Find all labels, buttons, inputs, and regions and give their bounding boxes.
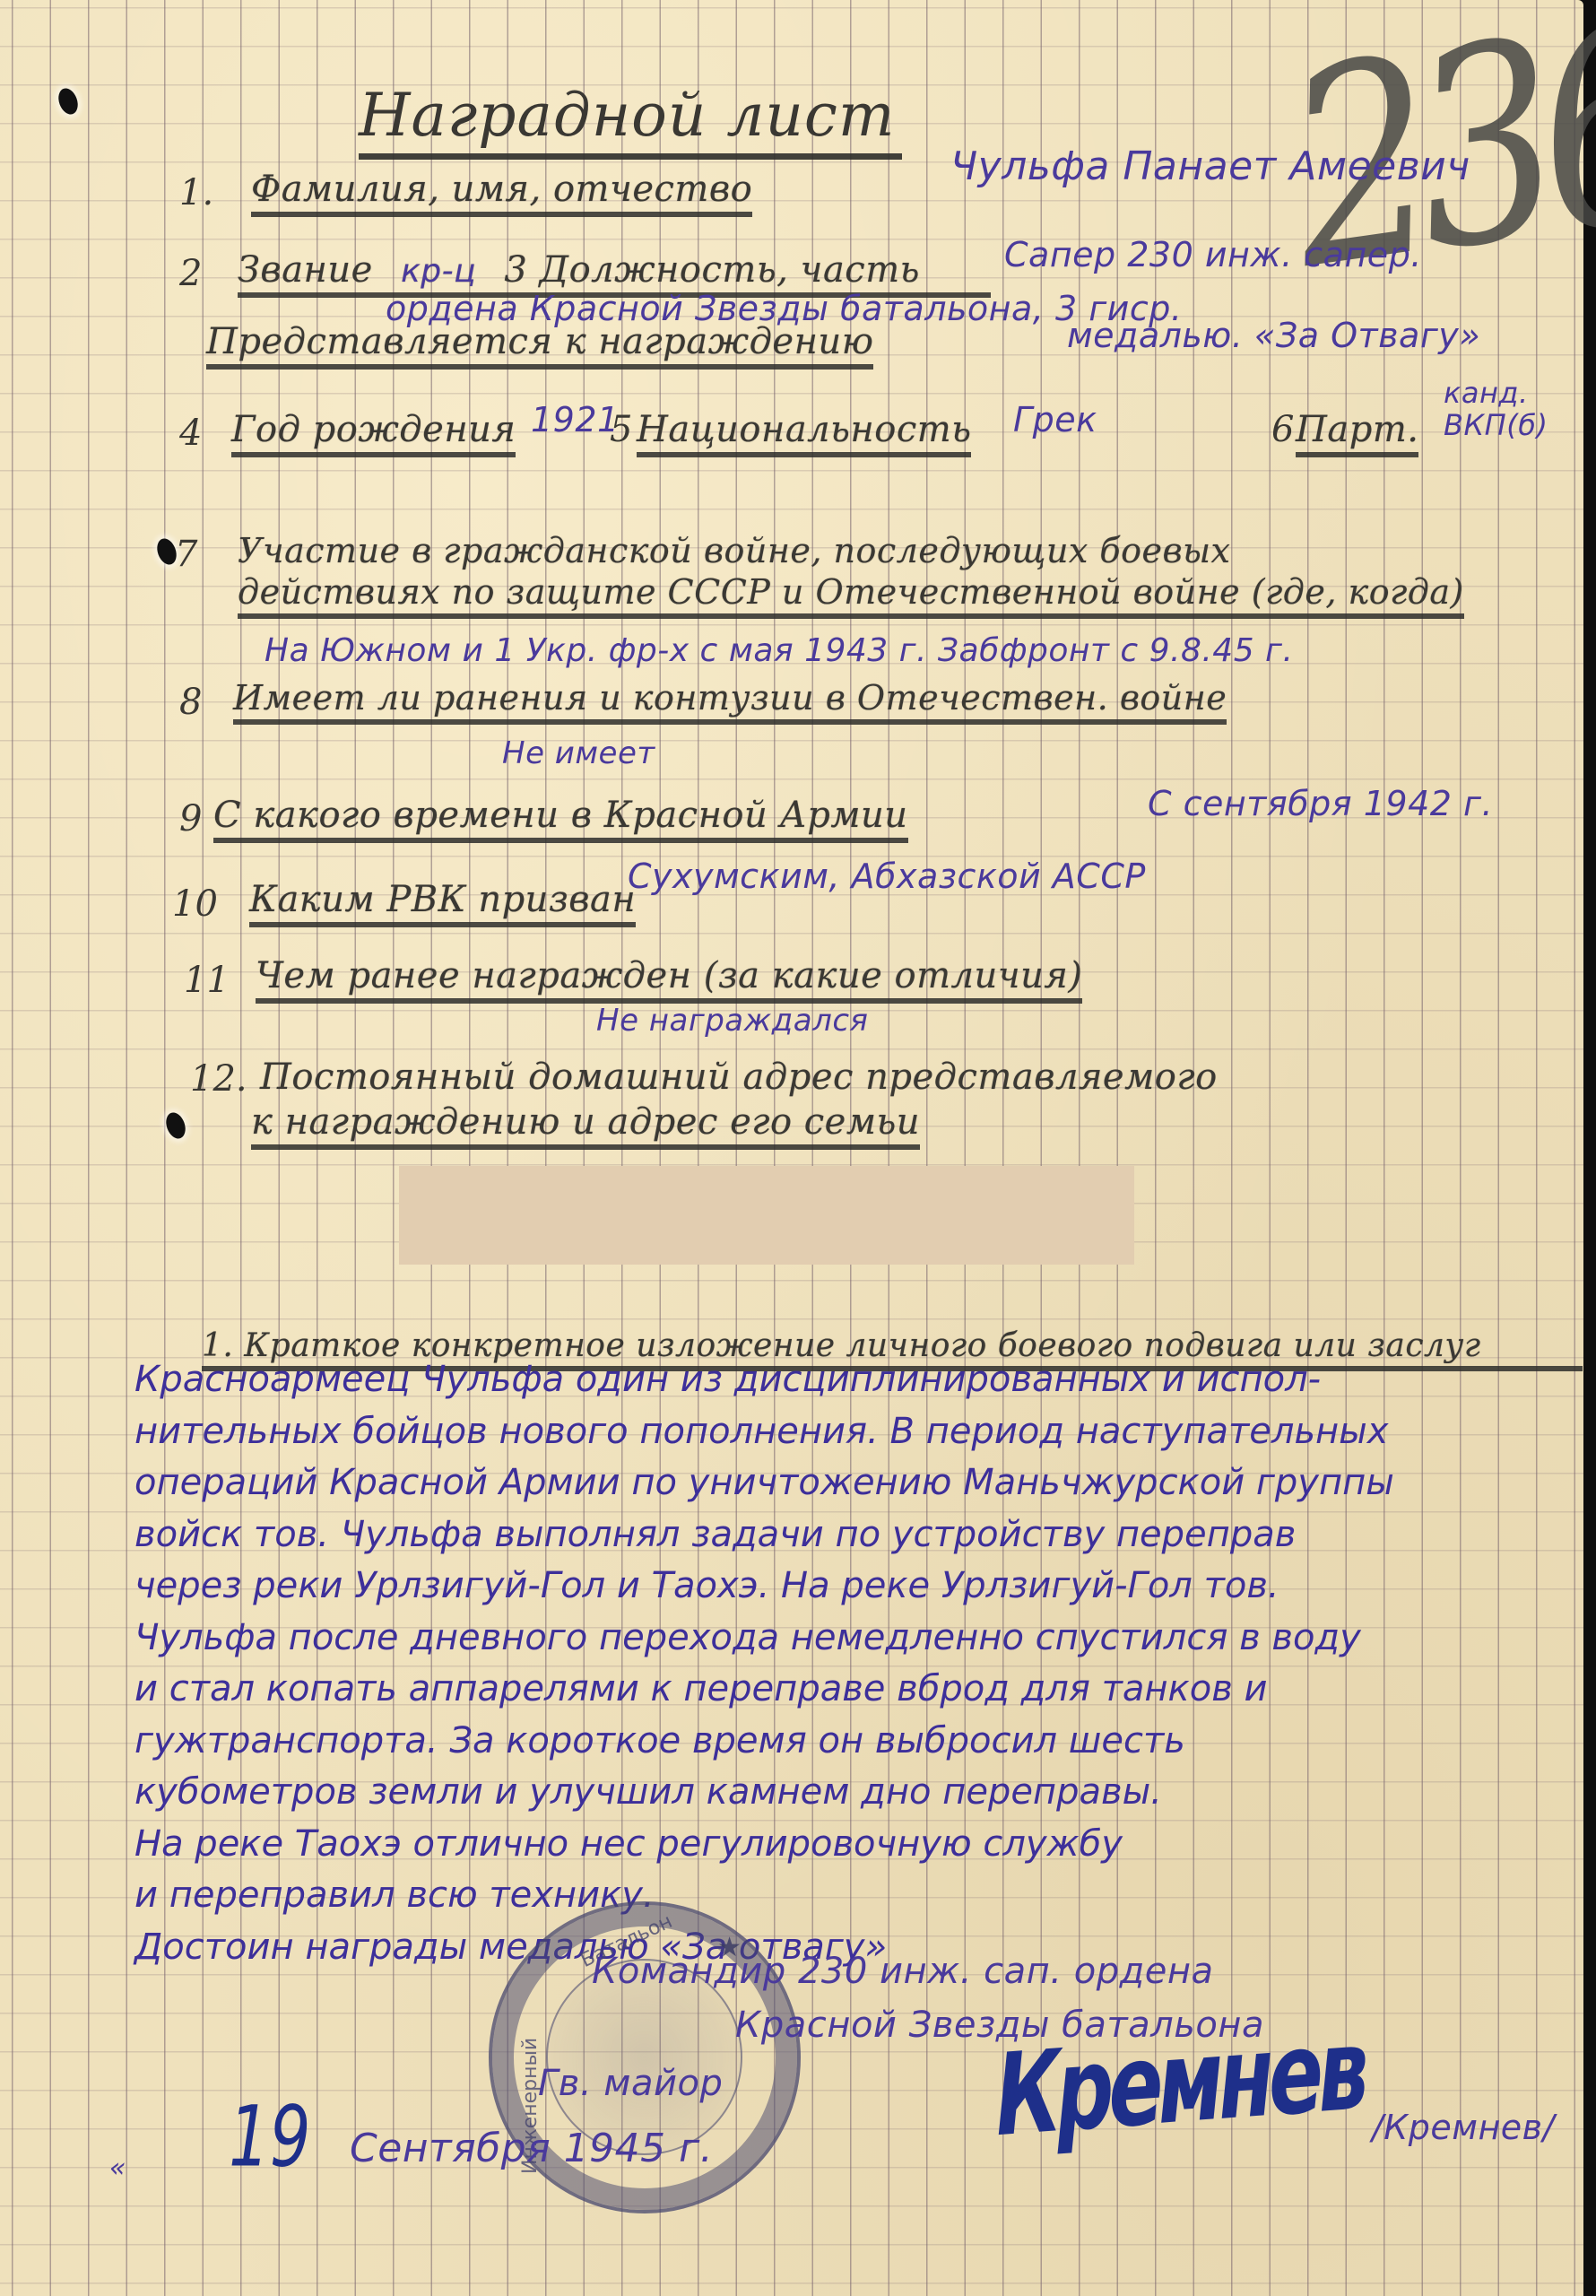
- field-label-service-since: С какого времени в Красной Армии: [213, 795, 908, 843]
- narrative: Красноармеец Чульфа один из дисциплиниро…: [134, 1354, 1569, 1973]
- field-value-party: канд. ВКП(б): [1444, 377, 1569, 441]
- award-sheet: Наградной лист 236 1. Фамилия, имя, отче…: [0, 0, 1583, 2296]
- narrative-line: войск тов. Чульфа выполнял задачи по уст…: [134, 1509, 1569, 1561]
- field-value-nationality: Грек: [1013, 400, 1097, 439]
- date-month-year: Сентября 1945 г.: [350, 2126, 713, 2171]
- field-number: 12.: [190, 1058, 247, 1100]
- field-number: 5: [610, 409, 632, 450]
- narrative-line: нительных бойцов нового пополнения. В пе…: [134, 1406, 1569, 1458]
- narrative-line: На реке Таохэ отлично нес регулировочную…: [134, 1819, 1569, 1871]
- field-value-combat: На Южном и 1 Укр. фр-х с мая 1943 г. Заб…: [265, 632, 1293, 669]
- signer-title-1: Командир 230 инж. сап. ордена: [592, 1951, 1214, 1992]
- signer-rank: Гв. майор: [538, 2063, 723, 2104]
- field-label-combat-a: Участие в гражданской войне, последующих…: [238, 531, 1230, 570]
- narrative-line: гужтранспорта. За короткое время он выбр…: [134, 1716, 1569, 1768]
- date-quote: «: [109, 2152, 126, 2184]
- field-value-draft-office: Сухумским, Абхазской АССР: [628, 857, 1146, 896]
- field-value-rank: кр-ц: [401, 253, 476, 290]
- narrative-line: Чульфа после дневного перехода немедленн…: [134, 1613, 1569, 1665]
- field-label-party: Парт.: [1296, 409, 1418, 457]
- field-label-draft-office: Каким РВК призван: [249, 879, 636, 927]
- label-rank: Звание: [238, 249, 373, 291]
- field-label-wounds: Имеет ли ранения и контузии в Отечествен…: [233, 678, 1227, 725]
- field-label-award: Представляется к награждению: [206, 321, 873, 370]
- punch-hole: [162, 1109, 188, 1141]
- field-number: 6: [1271, 409, 1294, 450]
- narrative-line: кубометров земли и улучшил камнем дно пе…: [134, 1767, 1569, 1819]
- narrative-line: и стал копать аппарелями к переправе вбр…: [134, 1664, 1569, 1716]
- punch-hole: [55, 85, 81, 117]
- field-number: 8: [179, 682, 202, 723]
- field-number: 9: [179, 798, 202, 839]
- field-number: 2: [179, 253, 202, 294]
- redacted-address: [399, 1166, 1134, 1265]
- field-label-combat-b: действиях по защите СССР и Отечественной…: [238, 572, 1464, 619]
- signer-name: /Кремнев/: [1372, 2108, 1555, 2147]
- field-value-award: медалью. «За Отвагу»: [1067, 316, 1480, 355]
- field-value-wounds: Не имеет: [502, 735, 655, 771]
- field-number: 10: [172, 883, 218, 925]
- date-day: 19: [229, 2087, 311, 2185]
- field-value-position: Сапер 230 инж. сапер.: [1004, 235, 1422, 274]
- document-title: Наградной лист: [359, 81, 902, 160]
- field-number-position: 3: [504, 249, 527, 291]
- field-value-name: Чульфа Панает Амеевич: [950, 143, 1470, 189]
- narrative-line: и переправил всю технику.: [134, 1870, 1569, 1922]
- field-number: 7: [175, 534, 197, 575]
- field-number: 1.: [179, 172, 213, 213]
- signature: Кремнев: [993, 2004, 1366, 2162]
- field-value-service-since: С сентября 1942 г.: [1148, 784, 1493, 823]
- label-position: Должность, часть: [540, 249, 920, 291]
- narrative-line: Красноармеец Чульфа один из дисциплиниро…: [134, 1354, 1569, 1406]
- field-number: 11: [184, 960, 230, 1001]
- field-label-birth-year: Год рождения: [231, 409, 516, 457]
- field-label-nationality: Национальность: [637, 409, 971, 457]
- narrative-line: операций Красной Армии по уничтожению Ма…: [134, 1457, 1569, 1509]
- field-label-name: Фамилия, имя, отчество: [251, 169, 752, 217]
- field-value-birth-year: 1921: [531, 400, 620, 439]
- field-label-prior-awards: Чем ранее награжден (за какие отличия): [256, 955, 1082, 1004]
- field-value-prior-awards: Не награждался: [596, 1003, 869, 1039]
- narrative-line: через реки Урлзигуй-Гол и Таохэ. На реке…: [134, 1561, 1569, 1613]
- field-label-address-b: к награждению и адрес его семьи: [251, 1101, 920, 1150]
- field-label-address-a: Постоянный домашний адрес представляемог…: [260, 1057, 1218, 1098]
- field-number: 4: [179, 413, 202, 454]
